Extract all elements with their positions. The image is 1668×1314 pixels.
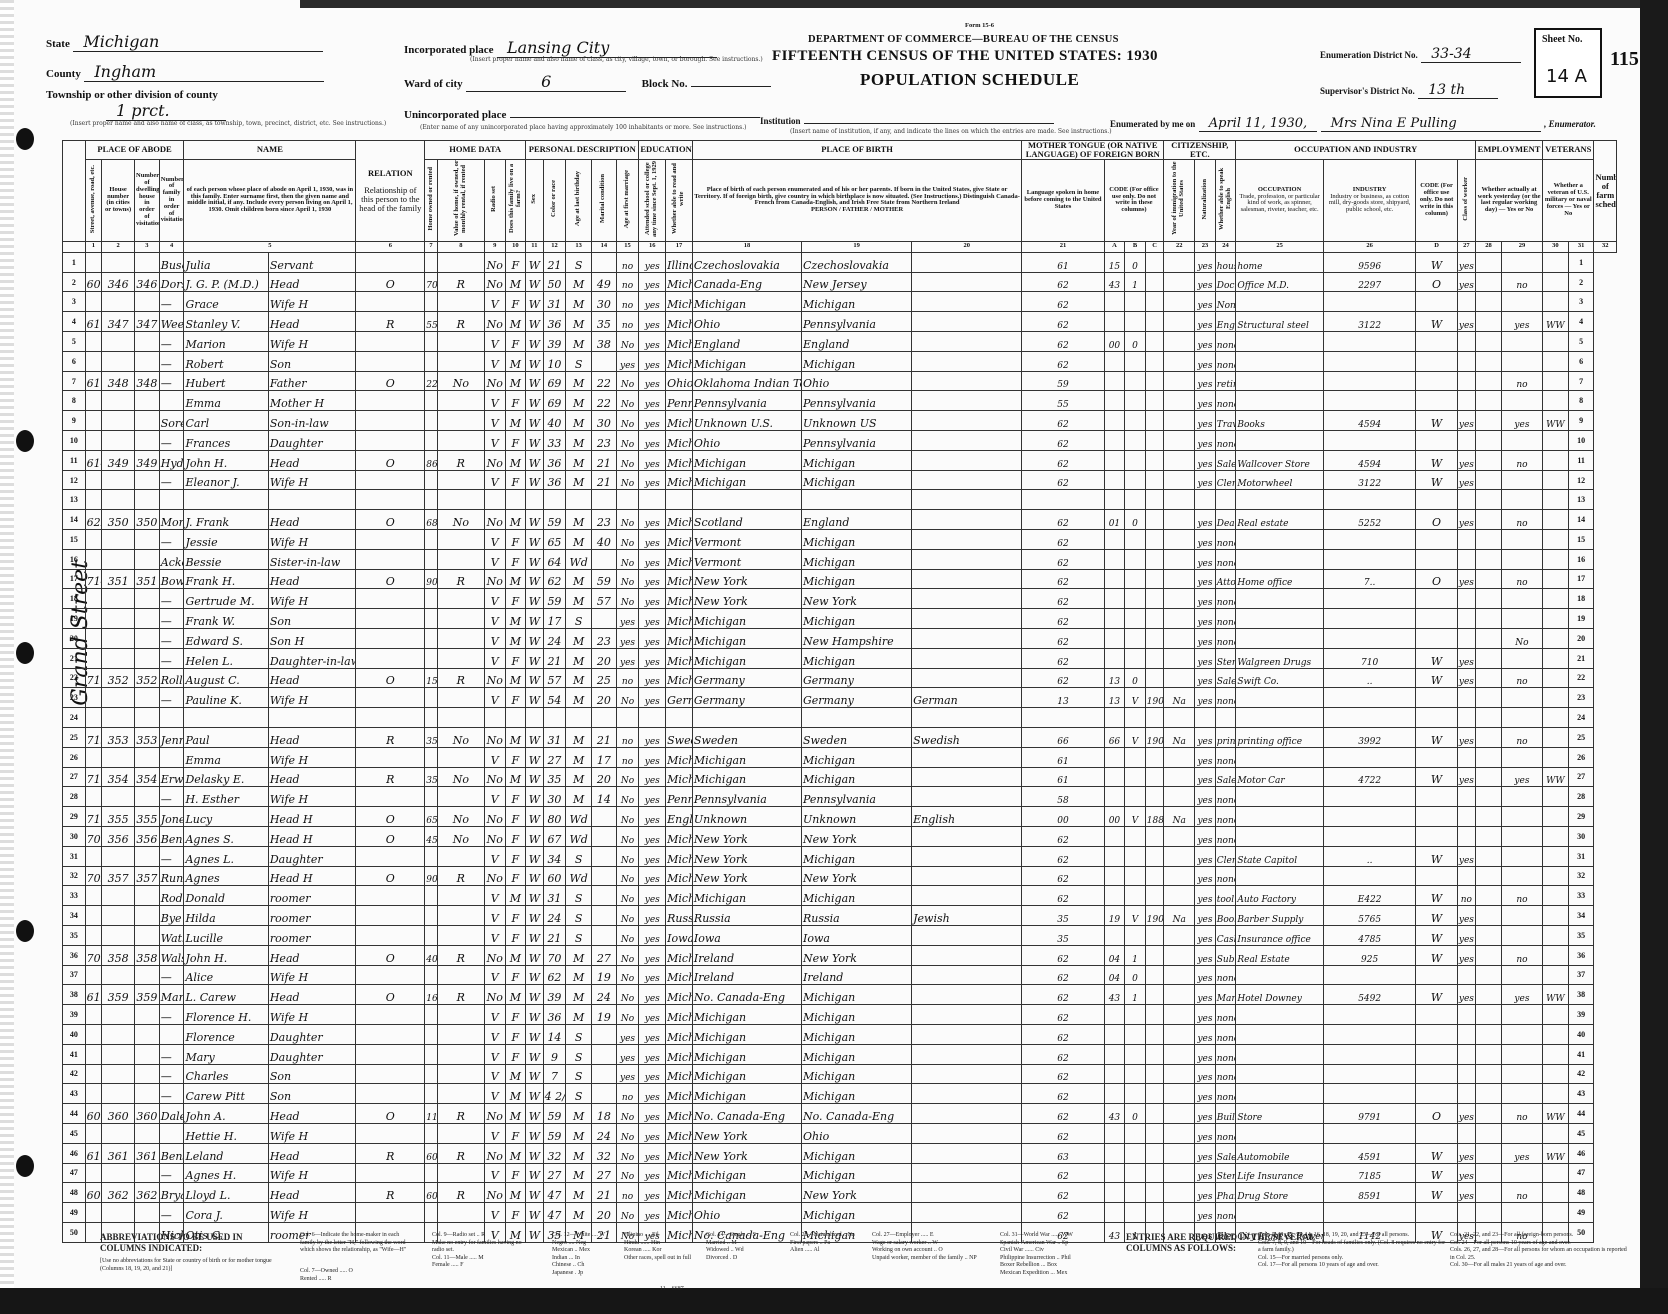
cell-rd: yes xyxy=(639,826,666,846)
line-number: 6 xyxy=(63,351,86,371)
cell-dw xyxy=(102,470,135,490)
cell-cb xyxy=(1104,1084,1125,1104)
cell-lang xyxy=(912,846,1022,866)
cell-radio xyxy=(437,1203,484,1223)
cell-ind: Insurance office xyxy=(1236,925,1323,945)
col-age-marriage: Age at first marriage xyxy=(616,159,639,241)
cell-rd: yes xyxy=(639,1163,666,1183)
cell-nat xyxy=(1164,351,1195,371)
cell-mar: M xyxy=(566,688,592,708)
cell-nat xyxy=(1164,391,1195,411)
cell-surname: Bennett xyxy=(159,826,184,846)
cell-occ: Cashier xyxy=(1215,925,1236,945)
cell-farm: No xyxy=(484,767,505,787)
cell-radio: No xyxy=(437,767,484,787)
table-row: 22719352352RollerAugust C.HeadO15000RNoM… xyxy=(63,668,1638,688)
cell-farm-schedule: 40 xyxy=(1568,1024,1594,1044)
cell-surname: — xyxy=(159,351,184,371)
cell-given: Agnes xyxy=(184,866,268,886)
cell-cls xyxy=(1416,1024,1457,1044)
cell-occ: none xyxy=(1215,787,1236,807)
cell-war xyxy=(1543,431,1569,451)
col-number: 16 xyxy=(639,241,666,252)
cell-fbp: Michigan xyxy=(692,609,801,629)
cell-nat xyxy=(1164,925,1195,945)
group-employment: EMPLOYMENT xyxy=(1476,141,1543,160)
cell-sch: no xyxy=(616,292,639,312)
cell-fam xyxy=(135,490,160,510)
cell-house xyxy=(85,549,101,569)
cell-ind xyxy=(1236,1203,1323,1223)
cell-cb xyxy=(1104,846,1125,866)
cell-sch: yes xyxy=(616,351,639,371)
cell-vet: yes xyxy=(1501,312,1542,332)
cell-rd: yes xyxy=(639,510,666,530)
cell-farm-schedule: 1 xyxy=(1568,252,1594,272)
cell-rel: roomer xyxy=(268,925,356,945)
cell-ca: 62 xyxy=(1022,292,1104,312)
abbreviations-note: [Use no abbreviations for State or count… xyxy=(100,1258,290,1273)
cell-cb: 43 xyxy=(1104,272,1125,292)
cell-ca: 61 xyxy=(1022,747,1104,767)
cell-sch: No xyxy=(616,906,639,926)
cell-fbp: Ireland xyxy=(692,945,801,965)
cell-lang xyxy=(912,767,1022,787)
cell-fam xyxy=(135,1064,160,1084)
cell-war xyxy=(1543,846,1569,866)
cell-ind: Motor Car xyxy=(1236,767,1323,787)
cell-fam xyxy=(135,332,160,352)
ward-value: 6 xyxy=(466,72,626,92)
cell-dw: 355 xyxy=(102,807,135,827)
footer-col14: Col. 14—Single ... S Married .. M Widowe… xyxy=(706,1232,756,1262)
cell-mbp: Michigan xyxy=(802,1143,912,1163)
cell-fbp: Ohio xyxy=(692,431,801,451)
cell-rd: yes xyxy=(639,431,666,451)
cell-rd: yes xyxy=(639,1203,666,1223)
cell-cc: 1 xyxy=(1125,272,1146,292)
cell-cb: 00 xyxy=(1104,807,1125,827)
cell-lang xyxy=(912,1064,1022,1084)
line-number: 14 xyxy=(63,510,86,530)
cell-own xyxy=(356,549,425,569)
cell-dw xyxy=(102,351,135,371)
cell-age: 64 xyxy=(543,549,566,569)
cell-lang xyxy=(912,450,1022,470)
cell-war xyxy=(1543,925,1569,945)
cell-ca: 62 xyxy=(1022,272,1104,292)
cell-radio xyxy=(437,431,484,451)
cell-house: 611 xyxy=(85,1143,101,1163)
table-row: 49—Cora J.Wife HVFW47M20NoyesMichiganOhi… xyxy=(63,1203,1638,1223)
cell-cb xyxy=(1104,1183,1125,1203)
cell-work xyxy=(1457,708,1476,728)
cell-house: 714 xyxy=(85,569,101,589)
cell-age: 59 xyxy=(543,589,566,609)
cell-war xyxy=(1543,252,1569,272)
farm-schedule-header: Number of farm schedule xyxy=(1594,141,1617,242)
cell-mbp: Michigan xyxy=(802,747,912,767)
cell-age: 59 xyxy=(543,1104,566,1124)
cell-rel: roomer xyxy=(268,886,356,906)
cell-unemp xyxy=(1476,648,1502,668)
cell-ind: Office M.D. xyxy=(1236,272,1323,292)
incorporated-note: (Insert proper name and also name of cla… xyxy=(470,56,763,63)
cell-rd: yes xyxy=(639,747,666,767)
cell-radio xyxy=(437,252,484,272)
cell-imm xyxy=(1145,431,1164,451)
cell-cls: W xyxy=(1416,1143,1457,1163)
cell-cd xyxy=(1323,549,1416,569)
cell-ca: 62 xyxy=(1022,846,1104,866)
cell-imm xyxy=(1145,708,1164,728)
cell-cls xyxy=(1416,1123,1457,1143)
cell-rel: Head xyxy=(268,569,356,589)
cell-war xyxy=(1543,549,1569,569)
relation-desc: Relationship of this person to the head … xyxy=(359,185,421,213)
cell-unemp xyxy=(1476,431,1502,451)
cell-war xyxy=(1543,490,1569,510)
col-number: 1 xyxy=(85,241,101,252)
cell-farm: No xyxy=(484,1104,505,1124)
cell-val xyxy=(425,470,437,490)
cell-fam xyxy=(135,1044,160,1064)
cell-cb xyxy=(1104,886,1125,906)
line-number: 27 xyxy=(63,767,86,787)
cell-vet xyxy=(1501,1163,1542,1183)
cell-age: 4 2/12 xyxy=(543,1084,566,1104)
cell-nat xyxy=(1164,846,1195,866)
line-number: 16 xyxy=(63,549,86,569)
cell-lang xyxy=(912,292,1022,312)
cell-rd: yes xyxy=(639,985,666,1005)
cell-imm xyxy=(1145,846,1164,866)
cell-sex: F xyxy=(505,906,526,926)
col-occupation: OCCUPATIONTrade, profession, or particul… xyxy=(1236,159,1323,241)
cell-ind: Real Estate xyxy=(1236,945,1323,965)
cell-am xyxy=(591,1044,616,1064)
cell-vet xyxy=(1501,1044,1542,1064)
cell-surname: Watkins xyxy=(159,925,184,945)
cell-bp: Michigan xyxy=(666,332,693,352)
cell-fam: 358 xyxy=(135,945,160,965)
cell-fbp: Scotland xyxy=(692,510,801,530)
state-label: State xyxy=(46,38,70,50)
cell-race: W xyxy=(526,866,543,886)
cell-surname: Benson xyxy=(159,1143,184,1163)
cell-given: Emma xyxy=(184,391,268,411)
col-naturalization: Naturalization xyxy=(1195,159,1216,241)
cell-given: Edward S. xyxy=(184,628,268,648)
cell-lang xyxy=(912,411,1022,431)
cell-ca: 62 xyxy=(1022,569,1104,589)
cell-ind xyxy=(1236,826,1323,846)
cell-farm: V xyxy=(484,1024,505,1044)
cell-cc xyxy=(1125,450,1146,470)
col-marital: Marital condition xyxy=(591,159,616,241)
cell-ca: 62 xyxy=(1022,1183,1104,1203)
cell-dw: 360 xyxy=(102,1104,135,1124)
cell-cb: 66 xyxy=(1104,727,1125,747)
group-citizenship: CITIZENSHIP, ETC. xyxy=(1164,141,1236,160)
cell-eng: yes xyxy=(1195,530,1216,550)
cell-war xyxy=(1543,510,1569,530)
cell-eng: yes xyxy=(1195,1104,1216,1124)
cell-cb: 13 xyxy=(1104,688,1125,708)
cell-lang xyxy=(912,668,1022,688)
cell-rel: Head xyxy=(268,450,356,470)
cell-am: 20 xyxy=(591,1203,616,1223)
cell-war xyxy=(1543,826,1569,846)
cell-imm xyxy=(1145,787,1164,807)
cell-farm: No xyxy=(484,668,505,688)
table-row: 12—Eleanor J.Wife HVFW36M21NoyesMichigan… xyxy=(63,470,1638,490)
cell-eng: yes xyxy=(1195,906,1216,926)
cell-race: W xyxy=(526,648,543,668)
cell-bp: Michigan xyxy=(666,668,693,688)
table-row: 41—MaryDaughterVFW9SyesyesMichiganMichig… xyxy=(63,1044,1638,1064)
cell-cls: O xyxy=(1416,510,1457,530)
cell-bp: Michigan xyxy=(666,411,693,431)
col-read: Whether able to read and write xyxy=(666,159,693,241)
cell-fbp: Michigan xyxy=(692,1163,801,1183)
cell-cd: 3122 xyxy=(1323,470,1416,490)
cell-unemp xyxy=(1476,945,1502,965)
cell-vet xyxy=(1501,747,1542,767)
cell-sch: no xyxy=(616,312,639,332)
cell-given: Lucy xyxy=(184,807,268,827)
cell-race: W xyxy=(526,569,543,589)
cell-rel: Head xyxy=(268,1183,356,1203)
cell-val xyxy=(425,332,437,352)
cell-race: W xyxy=(526,1123,543,1143)
cell-cb xyxy=(1104,1143,1125,1163)
cell-val: 16000 xyxy=(425,985,437,1005)
cell-cls xyxy=(1416,866,1457,886)
cell-radio xyxy=(437,846,484,866)
cell-unemp xyxy=(1476,965,1502,985)
cell-work xyxy=(1457,609,1476,629)
cell-ind xyxy=(1236,351,1323,371)
col-class: Class of worker xyxy=(1457,159,1476,241)
cell-rel: Head xyxy=(268,767,356,787)
cell-ind xyxy=(1236,391,1323,411)
cell-fam xyxy=(135,351,160,371)
cell-unemp xyxy=(1476,628,1502,648)
cell-sch: No xyxy=(616,530,639,550)
cell-surname: Martindale xyxy=(159,985,184,1005)
cell-rd: yes xyxy=(639,1143,666,1163)
cell-rel: Wife H xyxy=(268,470,356,490)
cell-nat xyxy=(1164,312,1195,332)
state-value: Michigan xyxy=(73,32,323,52)
binder-hole-icon xyxy=(16,1155,34,1177)
cell-race: W xyxy=(526,1104,543,1124)
cell-lang xyxy=(912,925,1022,945)
cell-surname: — xyxy=(159,1084,184,1104)
cell-given: Marion xyxy=(184,332,268,352)
table-row: 43—Carew PittSonVMW4 2/12SnoyesMichiganM… xyxy=(63,1084,1638,1104)
cell-work: yes xyxy=(1457,272,1476,292)
cell-radio xyxy=(437,1123,484,1143)
cell-rd: yes xyxy=(639,1044,666,1064)
cell-lang xyxy=(912,312,1022,332)
cell-mar: Wd xyxy=(566,866,592,886)
cell-unemp xyxy=(1476,332,1502,352)
cell-rel: Son xyxy=(268,351,356,371)
cell-age: 47 xyxy=(543,1203,566,1223)
cell-farm: V xyxy=(484,391,505,411)
table-row: 21—Helen L.Daughter-in-lawVFW21M20yesyes… xyxy=(63,648,1638,668)
cell-radio xyxy=(437,648,484,668)
cell-am xyxy=(591,925,616,945)
cell-farm-schedule: 7 xyxy=(1568,371,1594,391)
cell-sex: F xyxy=(505,530,526,550)
department-title: DEPARTMENT OF COMMERCE—BUREAU OF THE CEN… xyxy=(808,34,1119,45)
footer-col23: Col. 23—Naturalized .. Na First papers .… xyxy=(790,1232,855,1255)
cell-mar: S xyxy=(566,609,592,629)
cell-nat xyxy=(1164,569,1195,589)
cell-fam: 348 xyxy=(135,371,160,391)
cell-unemp xyxy=(1476,1044,1502,1064)
cell-imm xyxy=(1145,1123,1164,1143)
cell-surname: Hyde xyxy=(159,450,184,470)
cell-lang xyxy=(912,371,1022,391)
cell-unemp xyxy=(1476,292,1502,312)
cell-fam xyxy=(135,431,160,451)
cell-occ: none xyxy=(1215,1044,1236,1064)
cell-sch: no xyxy=(616,1084,639,1104)
cell-mbp: Unknown US xyxy=(802,411,912,431)
cell-imm xyxy=(1145,1084,1164,1104)
cell-cb xyxy=(1104,787,1125,807)
col-owned: Home owned or rented xyxy=(425,159,437,241)
cell-dw xyxy=(102,1064,135,1084)
cell-am: 21 xyxy=(591,1183,616,1203)
cell-cls xyxy=(1416,1203,1457,1223)
cell-farm-schedule: 19 xyxy=(1568,609,1594,629)
cell-fbp: Canada-Eng xyxy=(692,272,801,292)
cell-own xyxy=(356,787,425,807)
cell-mbp: Michigan xyxy=(802,1064,912,1084)
cell-fbp: Germany xyxy=(692,688,801,708)
cell-fam: 359 xyxy=(135,985,160,1005)
cell-cd xyxy=(1323,747,1416,767)
cell-occ: none xyxy=(1215,530,1236,550)
cell-cc: 0 xyxy=(1125,510,1146,530)
cell-mbp: Germany xyxy=(802,668,912,688)
cell-fam: 351 xyxy=(135,569,160,589)
col-number: B xyxy=(1125,241,1146,252)
cell-imm xyxy=(1145,272,1164,292)
cell-mbp: Pennsylvania xyxy=(802,787,912,807)
cell-cd: .. xyxy=(1323,668,1416,688)
cell-ind: printing office xyxy=(1236,727,1323,747)
line-number: 49 xyxy=(63,1203,86,1223)
cell-ca: 62 xyxy=(1022,1005,1104,1025)
cell-age: 9 xyxy=(543,1044,566,1064)
cell-farm-schedule: 36 xyxy=(1568,945,1594,965)
cell-own xyxy=(356,609,425,629)
cell-bp: Michigan xyxy=(666,1183,693,1203)
cell-mar: M xyxy=(566,1143,592,1163)
cell-own xyxy=(356,292,425,312)
cell-age: 65 xyxy=(543,530,566,550)
cell-radio: No xyxy=(437,826,484,846)
table-row: 48607362362BryantLloyd L.HeadR60RNoMW47M… xyxy=(63,1183,1638,1203)
cell-eng: yes xyxy=(1195,668,1216,688)
cell-race: W xyxy=(526,1203,543,1223)
cell-war xyxy=(1543,906,1569,926)
cell-age: 39 xyxy=(543,332,566,352)
table-row: 19—Frank W.SonVMW17SyesyesMichiganMichig… xyxy=(63,609,1638,629)
cell-war xyxy=(1543,708,1569,728)
table-row: 44609360360DaleyJohn A.HeadO11000RNoMW59… xyxy=(63,1104,1638,1124)
cell-age: 59 xyxy=(543,510,566,530)
cell-imm xyxy=(1145,965,1164,985)
cell-mbp: Michigan xyxy=(802,886,912,906)
cell-mbp: Ireland xyxy=(802,965,912,985)
cell-imm xyxy=(1145,391,1164,411)
cell-sch: yes xyxy=(616,1044,639,1064)
cell-cb xyxy=(1104,826,1125,846)
cell-radio xyxy=(437,925,484,945)
cell-mbp xyxy=(802,708,912,728)
cell-ind: Barber Supply xyxy=(1236,906,1323,926)
cell-val xyxy=(425,846,437,866)
cell-sch: No xyxy=(616,807,639,827)
cell-rel: Mother H xyxy=(268,391,356,411)
cell-ca: 62 xyxy=(1022,826,1104,846)
cell-vet xyxy=(1501,846,1542,866)
cell-val: 2200 xyxy=(425,371,437,391)
cell-house: 707 xyxy=(85,826,101,846)
cell-ca: 62 xyxy=(1022,510,1104,530)
cell-lang xyxy=(912,1024,1022,1044)
cell-war xyxy=(1543,945,1569,965)
cell-house: 703 xyxy=(85,866,101,886)
cell-mbp xyxy=(802,490,912,510)
cell-val xyxy=(425,688,437,708)
cell-lang xyxy=(912,530,1022,550)
col-number: 7 xyxy=(425,241,437,252)
table-row: 2424 xyxy=(63,708,1638,728)
cell-imm xyxy=(1145,826,1164,846)
ed-value: 33-34 xyxy=(1421,46,1521,63)
table-row: 39—Florence H.Wife HVFW36M19NoyesMichiga… xyxy=(63,1005,1638,1025)
cell-unemp xyxy=(1476,1143,1502,1163)
cell-sex: M xyxy=(505,1143,526,1163)
cell-am xyxy=(591,252,616,272)
cell-sch: yes xyxy=(616,648,639,668)
cell-mar: M xyxy=(566,985,592,1005)
table-row: 16AckerBessieSister-in-lawVFW64WdNoyesMi… xyxy=(63,549,1638,569)
cell-val: 11000 xyxy=(425,1104,437,1124)
cell-surname: Roller xyxy=(159,668,184,688)
cell-house xyxy=(85,609,101,629)
unincorporated-label: Unincorporated place xyxy=(404,109,506,121)
cell-given: Cora J. xyxy=(184,1203,268,1223)
cell-sex: F xyxy=(505,648,526,668)
cell-surname: — xyxy=(159,332,184,352)
cell-fam xyxy=(135,648,160,668)
cell-given xyxy=(184,708,268,728)
cell-mbp: Michigan xyxy=(802,985,912,1005)
cell-cc xyxy=(1125,886,1146,906)
cell-fbp: Vermont xyxy=(692,549,801,569)
col-number: 29 xyxy=(1501,241,1542,252)
cell-am: 21 xyxy=(591,727,616,747)
